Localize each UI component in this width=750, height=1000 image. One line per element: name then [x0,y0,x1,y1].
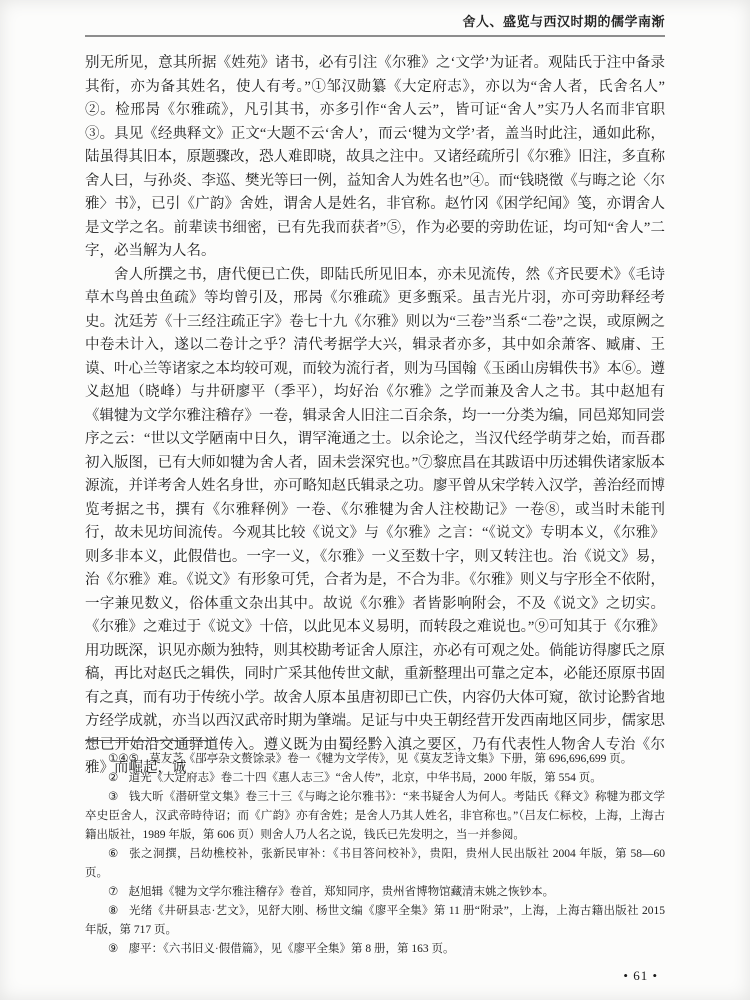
footnote-text: 廖平：《六书旧义·假借篇》，见《廖平全集》第 8 册，第 163 页。 [129,943,455,955]
footnote-text: 张之洞撰，吕幼樵校补，张新民审补：《书目答问校补》，贵阳，贵州人民出版社 200… [85,848,665,879]
footnote-text: 赵旭辑《犍为文学尔雅注稽存》卷首，郑知同序，贵州省博物馆藏清末姚之恢钞本。 [129,886,555,898]
footnote-text: 钱大昕《潜研堂文集》卷三十三《与晦之论尔雅书》：“来书疑舍人为何人。考陆氏《释文… [85,791,665,841]
footnote-section: ①④⑤莫友芝《郘亭杂文赘馀录》卷一《犍为文学传》，见《莫友芝诗文集》下册，第 6… [85,740,665,959]
footnote: ⑥张之洞撰，吕幼樵校补，张新民审补：《书目答问校补》，贵阳，贵州人民出版社 20… [85,845,665,883]
paragraph: 舍人所撰之书，唐代便已亡佚，即陆氏所见旧本，亦未见流传，然《齐民要术》《毛诗草木… [85,264,665,781]
footnote-marker: ② [108,772,118,784]
footnote-marker: ⑨ [108,943,118,955]
page-number: • 61 • [623,968,658,984]
footnote-divider [85,740,215,741]
footnote: ②道光《大定府志》卷二十四《惠人志三》“舍人传”，北京，中华书局，2000 年版… [85,769,665,788]
footnote-marker: ①④⑤ [108,753,139,765]
footnote: ⑧光绪《井研县志·艺文》，见舒大刚、杨世文编《廖平全集》第 11 册“附录”，上… [85,902,665,940]
footnote-marker: ⑦ [108,886,118,898]
footnote-text: 道光《大定府志》卷二十四《惠人志三》“舍人传”，北京，中华书局，2000 年版，… [129,772,602,784]
page-content: 舍人、盛览与西汉时期的儒学南渐 别无所见，意其所据《姓苑》诸书，必有引注《尔雅》… [85,14,665,781]
footnote: ⑦赵旭辑《犍为文学尔雅注稽存》卷首，郑知同序，贵州省博物馆藏清末姚之恢钞本。 [85,883,665,902]
footnote-marker: ⑧ [108,905,119,917]
footnote: ③钱大昕《潜研堂文集》卷三十三《与晦之论尔雅书》：“来书疑舍人为何人。考陆氏《释… [85,788,665,845]
footnote-text: 莫友芝《郘亭杂文赘馀录》卷一《犍为文学传》，见《莫友芝诗文集》下册，第 696,… [149,753,632,765]
footnote-marker: ③ [108,791,118,803]
footnote-text: 光绪《井研县志·艺文》，见舒大刚、杨世文编《廖平全集》第 11 册“附录”，上海… [85,905,665,936]
footnote: ①④⑤莫友芝《郘亭杂文赘馀录》卷一《犍为文学传》，见《莫友芝诗文集》下册，第 6… [85,750,665,769]
footnote: ⑨廖平：《六书旧义·假借篇》，见《廖平全集》第 8 册，第 163 页。 [85,940,665,959]
paragraph: 别无所见，意其所据《姓苑》诸书，必有引注《尔雅》之‘文学’为证者。观陆氏于注中备… [85,52,665,264]
header-divider [85,35,665,37]
footnote-marker: ⑥ [108,848,119,860]
running-head-title: 舍人、盛览与西汉时期的儒学南渐 [85,14,665,30]
body-text: 别无所见，意其所据《姓苑》诸书，必有引注《尔雅》之‘文学’为证者。观陆氏于注中备… [85,52,665,781]
scanned-book-page: 舍人、盛览与西汉时期的儒学南渐 别无所见，意其所据《姓苑》诸书，必有引注《尔雅》… [0,0,750,1000]
